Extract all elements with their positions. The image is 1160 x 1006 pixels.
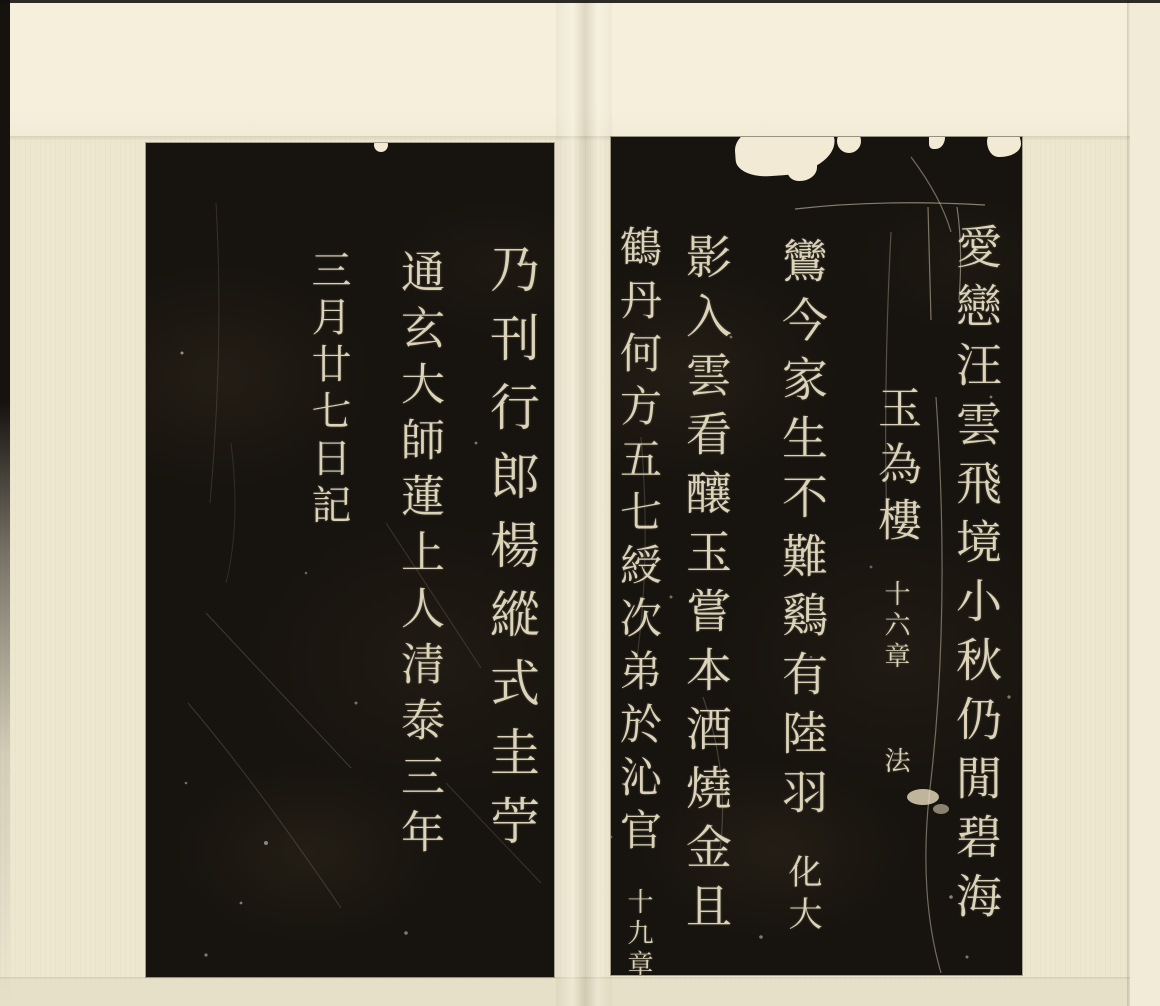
calligraphy-column: 通玄大師蓮上人清泰三年 <box>396 249 440 865</box>
calligraphy-column: 乃刊行郎楊縱式圭苧 <box>486 243 536 864</box>
poem-text: 玉為樓 <box>870 385 921 553</box>
calligraphy-column: 三月廿七日記 <box>308 249 348 531</box>
colophon-text: 三月廿七日記 <box>305 249 351 531</box>
right-page-edge-strip <box>1130 0 1160 1006</box>
poem-text: 法 <box>880 747 910 778</box>
center-fold-gutter <box>556 0 612 1006</box>
damage-chip <box>787 155 817 181</box>
rubbing-album-spread: 乃刊行郎楊縱式圭苧 通玄大師蓮上人清泰三年 三月廿七日記 <box>0 0 1160 1006</box>
scan-edge-top <box>0 0 1160 3</box>
poem-text: 鶴丹何方五七綬次弟於沁官 <box>614 225 663 861</box>
rubbing-panel-left: 乃刊行郎楊縱式圭苧 通玄大師蓮上人清泰三年 三月廿七日記 <box>146 143 554 977</box>
calligraphy-column: 鸞今家生不難鷄有陸羽 化大 <box>779 237 825 938</box>
colophon-text: 通玄大師蓮上人清泰三年 <box>393 249 444 865</box>
poem-text: 影入雲看釀玉嘗本酒燒金且 <box>679 233 733 941</box>
calligraphy-column: 鶴丹何方五七綬次弟於沁官 十九章 <box>617 225 659 975</box>
damage-chip <box>987 137 1021 157</box>
scan-edge-left <box>0 0 10 1006</box>
colophon-text: 乃刊行郎楊縱式圭苧 <box>482 243 540 864</box>
poem-text: 愛戀汪雲飛境小秋仍閒碧海 <box>949 223 1003 931</box>
damage-chip-large <box>733 137 836 178</box>
paper-chip <box>374 143 388 152</box>
poem-text: 化大 <box>782 854 822 938</box>
damage-chip <box>837 137 861 153</box>
damage-chip <box>929 137 945 149</box>
rubbing-panel-right: 愛戀汪雲飛境小秋仍閒碧海 玉為樓 十六章 法 鸞今家生不難鷄有陸羽 化大 影入雲… <box>611 137 1022 975</box>
calligraphy-column: 玉為樓 十六章 法 <box>873 385 917 778</box>
chapter-marker: 十九章 <box>623 888 653 975</box>
calligraphy-column: 影入雲看釀玉嘗本酒燒金且 <box>683 233 729 941</box>
chapter-marker: 十六章 <box>880 580 910 673</box>
calligraphy-column: 愛戀汪雲飛境小秋仍閒碧海 <box>953 223 999 931</box>
poem-text: 鸞今家生不難鷄有陸羽 <box>775 237 829 827</box>
